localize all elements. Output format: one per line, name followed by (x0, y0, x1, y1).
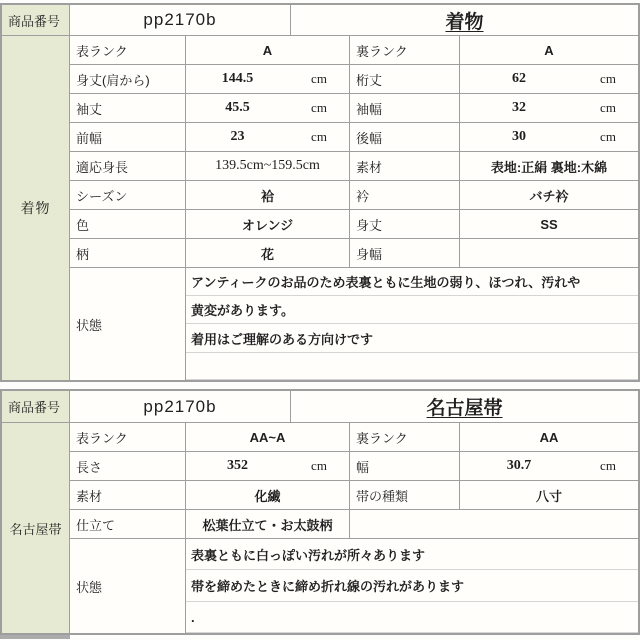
spec-measurement: 352 cm (186, 452, 350, 481)
measurement-number: 62 (460, 71, 578, 87)
kimono-spec-table: 商品番号 pp2170b 着物 着物 表ランク A 裏ランク A 身丈(肩から)… (0, 3, 640, 382)
spec-measurement: 30 cm (460, 123, 638, 152)
spec-label: 素材 (70, 481, 186, 510)
spec-label: 身丈(肩から) (70, 65, 186, 94)
measurement-number: 23 (186, 129, 289, 145)
measurement-number: 30.7 (460, 458, 578, 474)
spec-label: 素材 (350, 152, 460, 181)
spec-value: バチ衿 (460, 181, 638, 210)
measurement-number: 32 (460, 100, 578, 116)
measurement-number: 30 (460, 129, 578, 145)
spec-measurement: 32 cm (460, 94, 638, 123)
spec-label: 身丈 (350, 210, 460, 239)
status-line: 黄変があります。 (186, 296, 638, 324)
measurement-number: 144.5 (186, 71, 289, 87)
spec-label: 裏ランク (350, 36, 460, 65)
spec-value: 化繊 (186, 481, 350, 510)
spec-value: SS (460, 210, 638, 239)
product-number-label: 商品番号 (2, 5, 70, 35)
status-label: 状態 (70, 268, 186, 380)
spec-value: A (186, 36, 350, 65)
empty-cell (350, 510, 638, 539)
spec-label: 前幅 (70, 123, 186, 152)
spec-label: シーズン (70, 181, 186, 210)
spec-label: 表ランク (70, 36, 186, 65)
measurement-unit: cm (289, 71, 349, 87)
spec-label: 後幅 (350, 123, 460, 152)
spec-label: 幅 (350, 452, 460, 481)
obi-header-row: 商品番号 pp2170b 名古屋帯 (2, 391, 638, 423)
spec-label: 衿 (350, 181, 460, 210)
status-line: 着用はご理解のある方向けです (186, 324, 638, 353)
spec-value: 花 (186, 239, 350, 268)
status-label: 状態 (70, 539, 186, 633)
spec-value: 袷 (186, 181, 350, 210)
spec-value: A (460, 36, 638, 65)
sidebar-category-nagoya-obi: 名古屋帯 (2, 423, 70, 633)
spec-measurement: 45.5 cm (186, 94, 350, 123)
product-number-value: pp2170b (70, 5, 291, 35)
spec-label: 桁丈 (350, 65, 460, 94)
spec-measurement: 23 cm (186, 123, 350, 152)
spec-label: 身幅 (350, 239, 460, 268)
spec-label: 表ランク (70, 423, 186, 452)
product-number-value: pp2170b (70, 391, 291, 422)
status-line: 表裏ともに白っぽい汚れが所々あります (186, 539, 638, 570)
category-title-nagoya-obi: 名古屋帯 (291, 391, 638, 422)
category-title-kimono: 着物 (291, 5, 638, 35)
measurement-unit: cm (578, 71, 638, 87)
spec-measurement: 62 cm (460, 65, 638, 94)
spec-value: AA~A (186, 423, 350, 452)
spec-label: 長さ (70, 452, 186, 481)
measurement-unit: cm (578, 100, 638, 116)
product-number-label: 商品番号 (2, 391, 70, 422)
measurement-unit: cm (289, 100, 349, 116)
kimono-spec-grid: 着物 表ランク A 裏ランク A 身丈(肩から) 144.5 cm 桁丈 62 … (2, 36, 638, 380)
status-line: . (186, 602, 638, 633)
measurement-unit: cm (289, 129, 349, 145)
spec-label: 適応身長 (70, 152, 186, 181)
spec-label: 仕立て (70, 510, 186, 539)
bottom-left-gray-bar (0, 635, 70, 639)
spec-label: 袖幅 (350, 94, 460, 123)
measurement-number: 45.5 (186, 100, 289, 116)
status-line: アンティークのお品のため表裏ともに生地の弱り、ほつれ、汚れや (186, 268, 638, 296)
measurement-number: 352 (186, 458, 289, 474)
spec-label: 柄 (70, 239, 186, 268)
status-line (186, 353, 638, 380)
spec-label: 袖丈 (70, 94, 186, 123)
measurement-unit: cm (578, 458, 638, 474)
kimono-header-row: 商品番号 pp2170b 着物 (2, 5, 638, 36)
spec-value: 139.5cm~159.5cm (186, 152, 350, 181)
spec-value: AA (460, 423, 638, 452)
spec-label: 色 (70, 210, 186, 239)
spec-value: 表地:正絹 裏地:木綿 (460, 152, 638, 181)
sidebar-category-kimono: 着物 (2, 36, 70, 380)
spec-label: 帯の種類 (350, 481, 460, 510)
nagoya-obi-spec-table: 商品番号 pp2170b 名古屋帯 名古屋帯 表ランク AA~A 裏ランク AA… (0, 389, 640, 635)
status-line: 帯を締めたときに締め折れ線の汚れがあります (186, 570, 638, 602)
spec-measurement: 144.5 cm (186, 65, 350, 94)
spec-value: オレンジ (186, 210, 350, 239)
spec-label: 裏ランク (350, 423, 460, 452)
measurement-unit: cm (289, 458, 349, 474)
obi-spec-grid: 名古屋帯 表ランク AA~A 裏ランク AA 長さ 352 cm 幅 30.7 … (2, 423, 638, 633)
spec-measurement: 30.7 cm (460, 452, 638, 481)
spec-value: 八寸 (460, 481, 638, 510)
spec-value (460, 239, 638, 268)
spec-value: 松葉仕立て・お太鼓柄 (186, 510, 350, 539)
measurement-unit: cm (578, 129, 638, 145)
